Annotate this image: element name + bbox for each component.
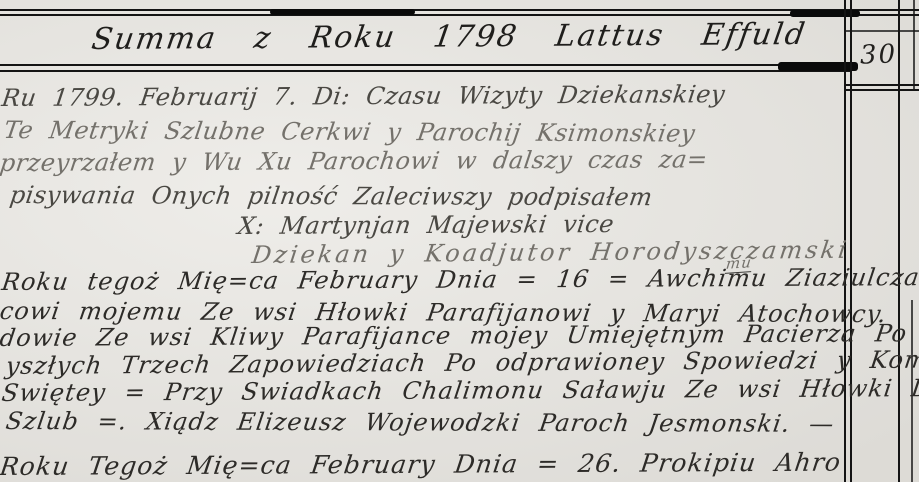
visitation-line: przeyrzałem y Wu Xu Parochowi w dalszy c… <box>0 145 710 177</box>
visitation-line: pisywania Onych pilność Zaleciwszy podpi… <box>8 181 655 211</box>
header-bottom-rule-upper <box>0 64 852 66</box>
visitation-signature-line: X: Martynjan Majewski vice <box>236 210 616 240</box>
ink-smear <box>778 62 858 71</box>
superscript-insertion: mu <box>725 253 753 274</box>
margin-rule-left-b <box>850 0 852 482</box>
right-cell-top-rule <box>845 30 919 32</box>
header-bottom-rule-lower <box>0 70 852 72</box>
right-cell-bottom-rule-upper <box>845 84 919 86</box>
margin-rule-right-top <box>913 0 915 90</box>
right-cell-bottom-rule-lower <box>845 89 919 91</box>
summa-header-line: Summa z Roku 1798 Lattus Effuld <box>89 17 809 57</box>
margin-rule-middle <box>898 0 900 482</box>
record-line: Roku tegoż Mię=ca February Dnia = 16 = A… <box>0 263 919 296</box>
top-rule-lower <box>0 14 919 16</box>
register-page-scan: Summa z Roku 1798 Lattus Effuld 30 Ru 17… <box>0 0 919 482</box>
partial-record-line: Roku Tegoż Mię=ca February Dnia = 26. Pr… <box>0 448 843 481</box>
top-rule-upper <box>0 9 919 11</box>
page-number: 30 <box>859 39 897 70</box>
visitation-line: Ru 1799. Februarij 7. Di: Czasu Wizyty D… <box>0 80 727 112</box>
visitation-line: Te Metryki Szlubne Cerkwi y Parochij Ksi… <box>2 116 697 148</box>
record-line: Szlub =. Xiądz Elizeusz Wojewodzki Paroc… <box>4 407 836 438</box>
record-line: Swiętey = Przy Swiadkach Chalimonu Saław… <box>0 374 919 407</box>
ink-smear <box>270 9 415 15</box>
